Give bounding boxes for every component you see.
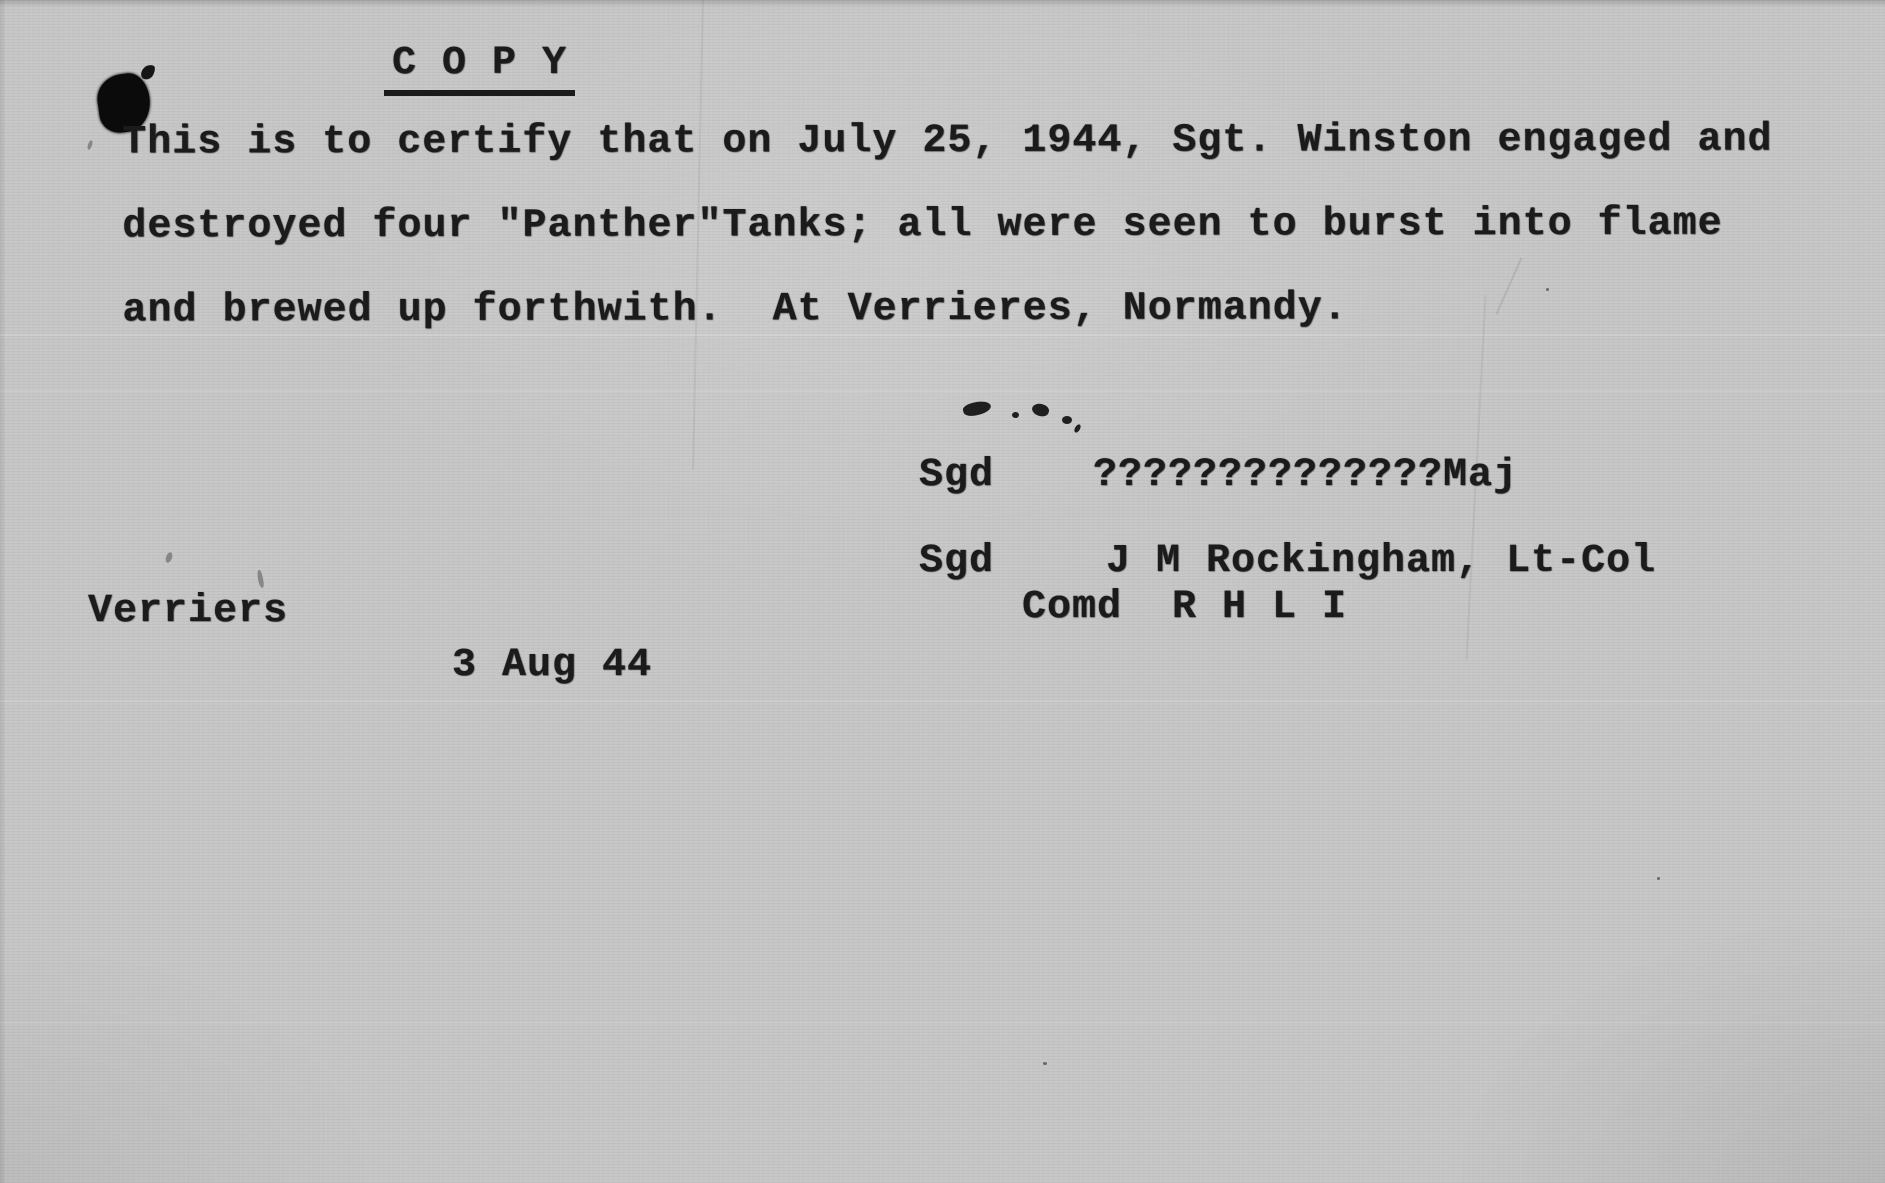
signature-value-2: J M Rockingham, Lt-Col (1106, 542, 1656, 582)
body-line-1: This is to certify that on July 25, 1944… (122, 121, 1772, 164)
pencil-mark (256, 570, 265, 589)
place-line: Verriers (88, 592, 288, 632)
smudge-comma (1073, 423, 1082, 433)
document-classification-heading: C O P Y (384, 44, 575, 96)
dust-speck (1546, 288, 1549, 291)
smudge-stroke (962, 399, 992, 418)
dust-speck (1657, 877, 1660, 880)
command-unit-line: Comd R H L I (1022, 588, 1347, 628)
body-line-3: and brewed up forthwith. At Verrieres, N… (123, 289, 1348, 331)
body-line-2: destroyed four "Panther"Tanks; all were … (122, 205, 1722, 248)
signature-value-1: ??????????????Maj (1093, 456, 1518, 496)
body-paragraph: This is to certify that on July 25, 1944… (0, 0, 1885, 2)
smudge-dot (1012, 412, 1019, 418)
sgd-label-1: Sgd (919, 456, 994, 496)
scan-artifact-line (0, 700, 1885, 702)
scanned-document-page: C O P Y This is to certify that on July … (0, 0, 1885, 1183)
smudge-dot (1062, 416, 1072, 424)
scan-artifact-line (0, 1022, 1885, 1024)
sgd-label-2: Sgd (919, 542, 994, 582)
ink-speck (87, 140, 94, 151)
paper-scratch (1495, 257, 1522, 314)
scan-artifact-line (0, 390, 1885, 392)
smudge-stroke (1031, 402, 1051, 419)
dust-speck (1043, 1062, 1047, 1065)
scan-artifact-line (0, 334, 1885, 336)
pencil-mark (164, 551, 173, 563)
date-line: 3 Aug 44 (452, 646, 652, 686)
